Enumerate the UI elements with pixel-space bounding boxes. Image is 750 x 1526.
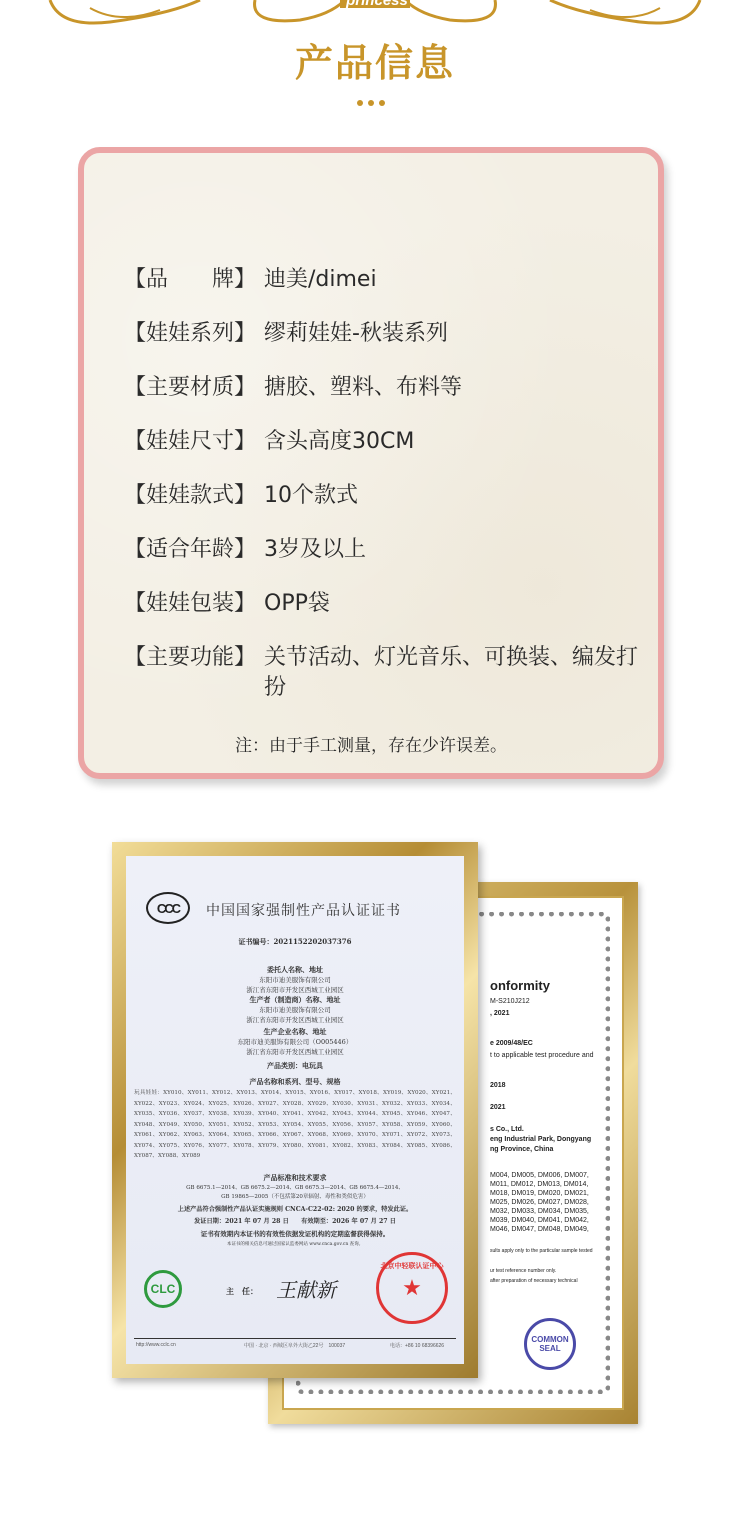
- ccc-certificate-frame: CCC 中国国家强制性产品认证证书 证书编号：2021152202037376 …: [112, 842, 478, 1378]
- client-heading: 委托人名称、地址: [126, 966, 464, 974]
- spec-label: 【主要材质】: [124, 373, 264, 403]
- spec-list: 【品 牌】 迪美/dimei 【娃娃系列】 缪莉娃娃-秋装系列 【主要材质】 搪…: [124, 265, 644, 727]
- certificate-model-line: M004, DM005, DM006, DM007,: [490, 1172, 589, 1179]
- spec-label: 【品 牌】: [124, 265, 264, 295]
- certificate-model-line: M039, DM040, DM041, DM042,: [490, 1217, 589, 1224]
- seal-text: 北京中轻联认证中心: [379, 1261, 445, 1271]
- producer-heading: 生产者（制造商）名称、地址: [126, 996, 464, 1004]
- query-note: 本证书的相关信息可通过国家认监委网站 www.cnca.gov.cn 查询。: [126, 1241, 464, 1249]
- certificate-note: sults apply only to the particular sampl…: [490, 1248, 593, 1254]
- models-heading: 产品名称和系列、型号、规格: [126, 1078, 464, 1086]
- ccc-logo-icon: CCC: [146, 892, 190, 924]
- certificate-title: onformity: [490, 978, 550, 993]
- certificate-number: 证书编号：2021152202037376: [126, 938, 464, 946]
- models-list: 玩具娃娃：XY010、XY011、XY012、XY013、XY014、XY015…: [134, 1088, 456, 1162]
- director-signature: 王献新: [276, 1274, 336, 1303]
- certificate-year: 2018: [490, 1082, 506, 1089]
- compliance-statement: 上述产品符合强制性产品认证实施规则 CNCA-C22-02: 2020 的要求，…: [126, 1206, 464, 1214]
- producer-address: 浙江省东阳市开发区西城工业园区: [126, 1016, 464, 1024]
- certificate-address: ng Province, China: [490, 1146, 553, 1153]
- spec-row-brand: 【品 牌】 迪美/dimei: [124, 265, 644, 295]
- certificate-date: , 2021: [490, 1010, 509, 1017]
- spec-label: 【娃娃系列】: [124, 319, 264, 349]
- factory-name: 东阳市迪美服饰有限公司（O005446）: [126, 1038, 464, 1046]
- certificate-company: s Co., Ltd.: [490, 1126, 524, 1133]
- spec-label: 【娃娃尺寸】: [124, 427, 264, 457]
- certificate-model-line: M032, DM033, DM034, DM035,: [490, 1208, 589, 1215]
- red-seal-stamp: 北京中轻联认证中心 ★: [376, 1252, 448, 1324]
- ccc-certificate: CCC 中国国家强制性产品认证证书 证书编号：2021152202037376 …: [126, 856, 464, 1364]
- spec-label: 【适合年龄】: [124, 535, 264, 565]
- factory-heading: 生产企业名称、地址: [126, 1028, 464, 1036]
- product-info-card: 【品 牌】 迪美/dimei 【娃娃系列】 缪莉娃娃-秋装系列 【主要材质】 搪…: [78, 147, 664, 779]
- spec-label: 【娃娃款式】: [124, 481, 264, 511]
- spec-row-size: 【娃娃尺寸】 含头高度30CM: [124, 427, 644, 457]
- common-seal-stamp: COMMON SEAL: [524, 1318, 576, 1370]
- certificate-address: eng Industrial Park, Dongyang: [490, 1136, 591, 1143]
- certificate-ref: M-S210J212: [490, 998, 530, 1005]
- validity-statement: 证书有效期内本证书的有效性依据发证机构的定期监督获得保持。: [126, 1230, 464, 1238]
- certificate-directive: e 2009/48/EC: [490, 1040, 533, 1047]
- spec-value: 迪美/dimei: [264, 265, 644, 295]
- factory-address: 浙江省东阳市开发区西城工业园区: [126, 1048, 464, 1056]
- certificate-year: 2021: [490, 1104, 506, 1111]
- certificate-model-line: M046, DM047, DM048, DM049,: [490, 1226, 589, 1233]
- spec-row-styles: 【娃娃款式】 10个款式: [124, 481, 644, 511]
- producer-name: 东阳市迪美服饰有限公司: [126, 1006, 464, 1014]
- footer-phone: 电话：+86 10 68396626: [390, 1342, 444, 1349]
- spec-label: 【主要功能】: [124, 643, 264, 703]
- ellipsis-dots-icon: [357, 100, 385, 106]
- star-icon: ★: [402, 1276, 422, 1301]
- issue-dates: 发证日期：2021 年 07 月 28 日 有效期至：2026 年 07 月 2…: [126, 1218, 464, 1226]
- spec-row-packaging: 【娃娃包装】 OPP袋: [124, 589, 644, 619]
- standards-line: GB 19865—2005（不包括第20章辐射、毒性和类似危害）: [126, 1193, 464, 1201]
- spec-row-age: 【适合年龄】 3岁及以上: [124, 535, 644, 565]
- footer-url: http://www.cclc.cn: [136, 1342, 176, 1348]
- section-title: 产品信息: [0, 32, 750, 87]
- spec-value: OPP袋: [264, 589, 644, 619]
- footer-address: 中国 · 北京 · 西城区阜外大街乙22号 100037: [244, 1342, 345, 1349]
- spec-row-material: 【主要材质】 搪胶、塑料、布料等: [124, 373, 644, 403]
- certificate-note: ur test reference number only.: [490, 1268, 556, 1274]
- certificate-title: 中国国家强制性产品认证证书: [206, 900, 401, 920]
- product-category: 产品类别：电玩具: [126, 1062, 464, 1070]
- client-name: 东阳市迪美服饰有限公司: [126, 976, 464, 984]
- certificate-model-line: M025, DM026, DM027, DM028,: [490, 1199, 589, 1206]
- clc-logo-icon: CLC: [144, 1270, 182, 1308]
- certificate-model-line: M018, DM019, DM020, DM021,: [490, 1190, 589, 1197]
- spec-row-series: 【娃娃系列】 缪莉娃娃-秋装系列: [124, 319, 644, 349]
- ornament-text: princess: [337, 0, 417, 9]
- divider: [134, 1338, 456, 1339]
- spec-value: 关节活动、灯光音乐、可换装、编发打扮: [264, 643, 644, 703]
- spec-value: 10个款式: [264, 481, 644, 511]
- spec-value: 缪莉娃娃-秋装系列: [264, 319, 644, 349]
- standards-heading: 产品标准和技术要求: [126, 1174, 464, 1182]
- measurement-note: 注：由于手工测量，存在少许误差。: [84, 731, 658, 756]
- spec-row-features: 【主要功能】 关节活动、灯光音乐、可换装、编发打扮: [124, 643, 644, 703]
- certificate-note: after preparation of necessary technical: [490, 1278, 578, 1284]
- spec-value: 3岁及以上: [264, 535, 644, 565]
- certificate-text: t to applicable test procedure and: [490, 1052, 594, 1059]
- spec-label: 【娃娃包装】: [124, 589, 264, 619]
- spec-value: 含头高度30CM: [264, 427, 644, 457]
- director-label: 主 任：: [226, 1286, 258, 1297]
- standards-line: GB 6675.1—2014、GB 6675.2—2014、GB 6675.3—…: [126, 1184, 464, 1192]
- client-address: 浙江省东阳市开发区西城工业园区: [126, 986, 464, 994]
- certificate-model-line: M011, DM012, DM013, DM014,: [490, 1181, 588, 1188]
- spec-value: 搪胶、塑料、布料等: [264, 373, 644, 403]
